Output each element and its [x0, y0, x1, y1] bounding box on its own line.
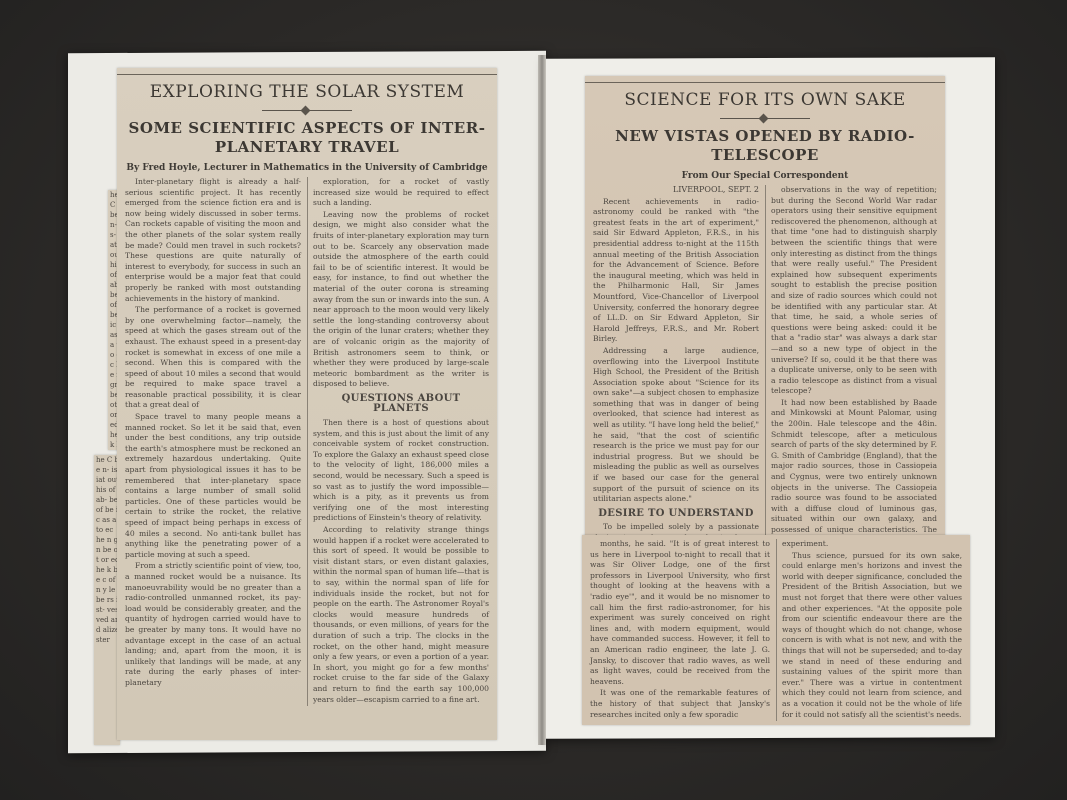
paragraph: From a strictly scientific point of view… [125, 561, 301, 688]
paragraph: According to relativity strange things w… [313, 525, 489, 705]
article-headline: NEW VISTAS OPENED BY RADIO-TELESCOPE [593, 127, 937, 165]
paragraph: Leaving now the problems of rocket desig… [313, 210, 489, 390]
clipping-solar-system: EXPLORING THE SOLAR SYSTEM SOME SCIENTIF… [117, 68, 497, 740]
paragraph: Thus science, pursued for its own sake, … [782, 551, 962, 721]
ornament-divider [720, 118, 810, 119]
article-columns: Inter-planetary flight is already a half… [117, 177, 497, 706]
dateline: LIVERPOOL, SEPT. 2 [593, 185, 759, 196]
paragraph: months, he said. "It is of great interes… [590, 539, 770, 687]
ornament-divider [262, 110, 352, 111]
clipping-continuation: months, he said. "It is of great interes… [582, 535, 970, 725]
book-spine-gutter [538, 55, 546, 745]
paragraph: Addressing a large audience, overflowing… [593, 346, 759, 505]
byline: By Fred Hoyle, Lecturer in Mathematics i… [121, 163, 493, 173]
subheading: DESIRE TO UNDERSTAND [593, 509, 759, 520]
paragraph: Then there is a host of questions about … [313, 418, 489, 524]
subheading: QUESTIONS ABOUT PLANETS [313, 394, 489, 415]
paragraph: It was one of the remarkable features of… [590, 688, 770, 720]
column-1: Inter-planetary flight is already a half… [125, 177, 301, 706]
paragraph: The performance of a rocket is governed … [125, 305, 301, 411]
column-2: experiment. Thus science, pursued for it… [776, 539, 962, 721]
byline: From Our Special Correspondent [589, 171, 941, 181]
top-rule [585, 82, 945, 83]
column-2: observations in the way of repetition; b… [765, 185, 937, 587]
column-1: LIVERPOOL, SEPT. 2 Recent achievements i… [593, 185, 759, 587]
column-1: months, he said. "It is of great interes… [590, 539, 770, 721]
paragraph: exploration, for a rocket of vastly incr… [313, 177, 489, 209]
paragraph: Inter-planetary flight is already a half… [125, 177, 301, 304]
paragraph: Space travel to many people means a mann… [125, 412, 301, 560]
article-columns: months, he said. "It is of great interes… [582, 535, 970, 721]
article-headline: SOME SCIENTIFIC ASPECTS OF INTER-PLANETA… [125, 119, 489, 157]
paragraph: Recent achievements in radio-astronomy c… [593, 197, 759, 345]
column-2: exploration, for a rocket of vastly incr… [307, 177, 489, 706]
article-columns: LIVERPOOL, SEPT. 2 Recent achievements i… [585, 185, 945, 587]
paragraph: observations in the way of repetition; b… [771, 185, 937, 397]
top-rule [117, 74, 497, 75]
paragraph: experiment. [782, 539, 962, 550]
